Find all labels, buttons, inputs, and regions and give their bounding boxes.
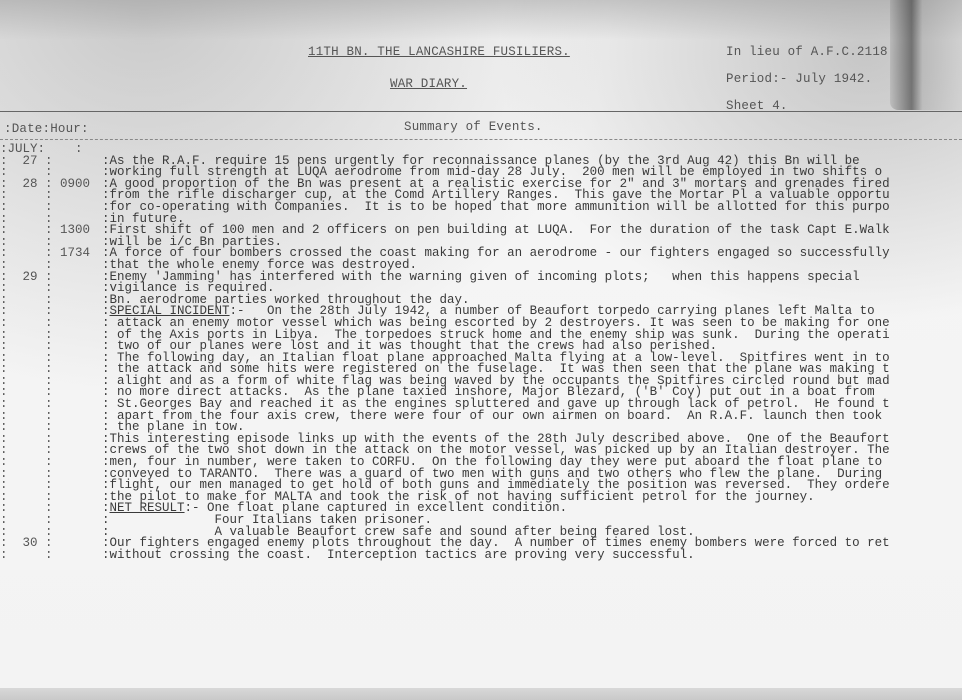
unit-title: 11TH BN. THE LANCASHIRE FUSILIERS. <box>308 45 570 59</box>
form-reference: In lieu of A.F.C.2118 <box>726 45 888 59</box>
entry-date: : : <box>0 550 60 562</box>
diary-title: WAR DIARY. <box>390 77 467 91</box>
column-header-summary: Summary of Events. <box>404 120 543 134</box>
page-fold <box>890 0 962 110</box>
entry-text: :for co-operating with Companies. It is … <box>102 202 890 214</box>
scan-bottom-edge <box>0 688 962 700</box>
header-rule <box>0 111 962 112</box>
scan-shadow <box>0 0 962 40</box>
entry-text: :without crossing the coast. Interceptio… <box>102 550 695 562</box>
period: Period:- July 1942. <box>726 72 872 86</box>
entry-hour <box>60 550 102 562</box>
column-header-date-hour: :Date:Hour: <box>4 122 89 136</box>
scanned-page: 11TH BN. THE LANCASHIRE FUSILIERS. WAR D… <box>0 0 962 688</box>
diary-line: : : :without crossing the coast. Interce… <box>0 550 962 562</box>
diary-entries: :JULY: :: 27 : :As the R.A.F. require 15… <box>0 144 962 561</box>
column-header-rule <box>0 139 962 140</box>
